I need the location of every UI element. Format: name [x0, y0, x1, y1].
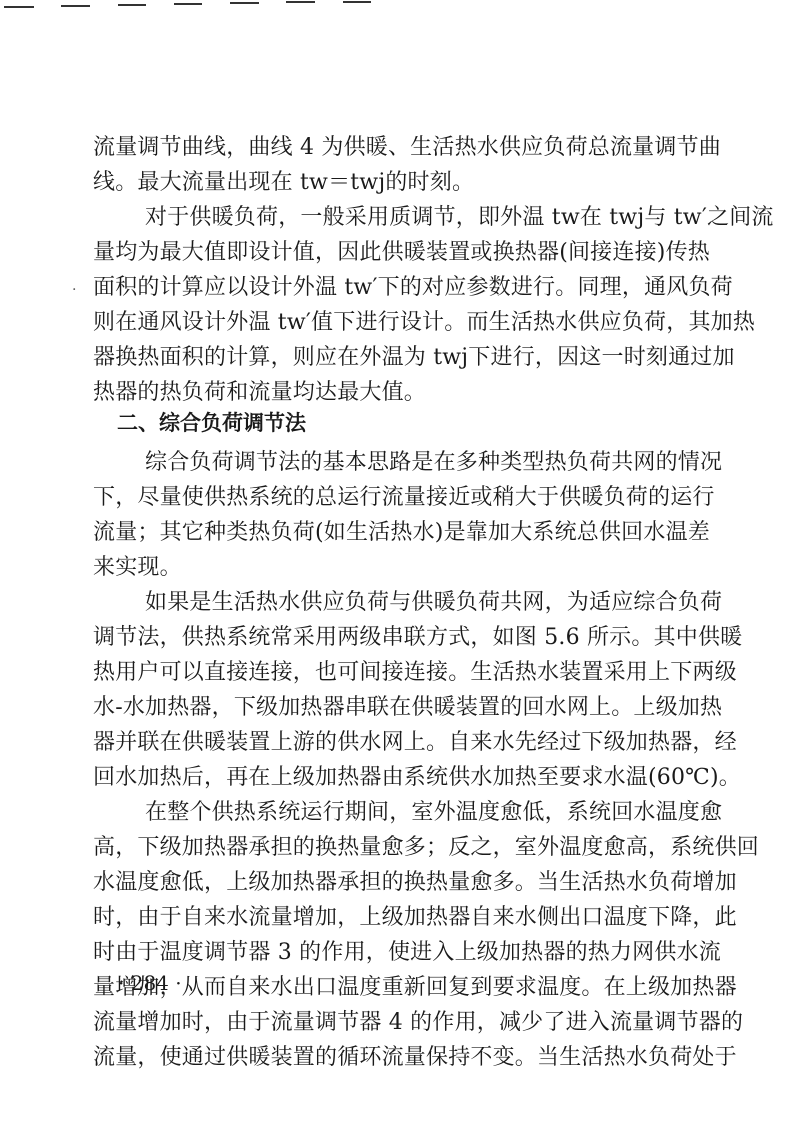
text-line: 则在通风设计外温 tw′值下进行设计。而生活热水供应负荷，其加热 — [93, 308, 697, 338]
section-heading: 二、综合负荷调节法 — [117, 408, 306, 438]
top-rule — [343, 1, 371, 3]
text-line: 线。最大流量出现在 tw＝twj的时刻。 — [93, 168, 697, 198]
text-line: 量均为最大值即设计值，因此供暖装置或换热器(间接连接)传热 — [93, 238, 697, 268]
text-line: 流量；其它种类热负荷(如生活热水)是靠加大系统总供回水温差 — [93, 518, 697, 548]
text-line: 回水加热后，再在上级加热器由系统供水加热至要求水温(60℃)。 — [93, 763, 697, 793]
stray-mark: . — [72, 278, 76, 294]
text-line: 水温度愈低，上级加热器承担的换热量愈多。当生活热水负荷增加 — [93, 868, 697, 898]
text-line: 综合负荷调节法的基本思路是在多种类型热负荷共网的情况 — [93, 448, 697, 478]
page-number: · 284 · — [118, 968, 182, 998]
text-line: 量增加，从而自来水出口温度重新回复到要求温度。在上级加热器 — [93, 973, 697, 1003]
text-line: 如果是生活热水供应负荷与供暖负荷共网，为适应综合负荷 — [93, 588, 697, 618]
text-line: 水-水加热器，下级加热器串联在供暖装置的回水网上。上级加热 — [93, 693, 697, 723]
text-line: 面积的计算应以设计外温 tw′下的对应参数进行。同理，通风负荷 — [93, 273, 697, 303]
text-line: 调节法，供热系统常采用两级串联方式，如图 5.6 所示。其中供暖 — [93, 623, 697, 653]
text-line: 器换热面积的计算，则应在外温为 twj下进行，因这一时刻通过加 — [93, 343, 697, 373]
text-line: 下，尽量使供热系统的总运行流量接近或稍大于供暖负荷的运行 — [93, 483, 697, 513]
top-rule — [286, 1, 315, 3]
text-line: 来实现。 — [93, 553, 697, 583]
text-line: 流量，使通过供暖装置的循环流量保持不变。当生活热水负荷处于 — [93, 1043, 697, 1073]
top-edge-rules — [0, 0, 400, 10]
text-line: 流量增加时，由于流量调节器 4 的作用，减少了进入流量调节器的 — [93, 1008, 697, 1038]
top-rule — [174, 3, 202, 5]
text-line: 热器的热负荷和流量均达最大值。 — [93, 378, 697, 408]
text-line: 时，由于自来水流量增加，上级加热器自来水侧出口温度下降，此 — [93, 903, 697, 933]
top-rule — [61, 5, 90, 7]
top-rule — [4, 6, 34, 8]
top-rule — [118, 4, 146, 6]
text-line: 在整个供热系统运行期间，室外温度愈低，系统回水温度愈 — [93, 798, 697, 828]
text-line: 流量调节曲线，曲线 4 为供暖、生活热水供应负荷总流量调节曲 — [93, 133, 697, 163]
text-line: 时由于温度调节器 3 的作用，使进入上级加热器的热力网供水流 — [93, 938, 697, 968]
text-line: 对于供暖负荷，一般采用质调节，即外温 tw在 twj与 tw′之间流 — [93, 203, 697, 233]
text-line: 器并联在供暖装置上游的供水网上。自来水先经过下级加热器，经 — [93, 728, 697, 758]
top-rule — [230, 2, 259, 4]
text-line: 高，下级加热器承担的换热量愈多；反之，室外温度愈高，系统供回 — [93, 833, 697, 863]
text-line: 热用户可以直接连接，也可间接连接。生活热水装置采用上下两级 — [93, 658, 697, 688]
